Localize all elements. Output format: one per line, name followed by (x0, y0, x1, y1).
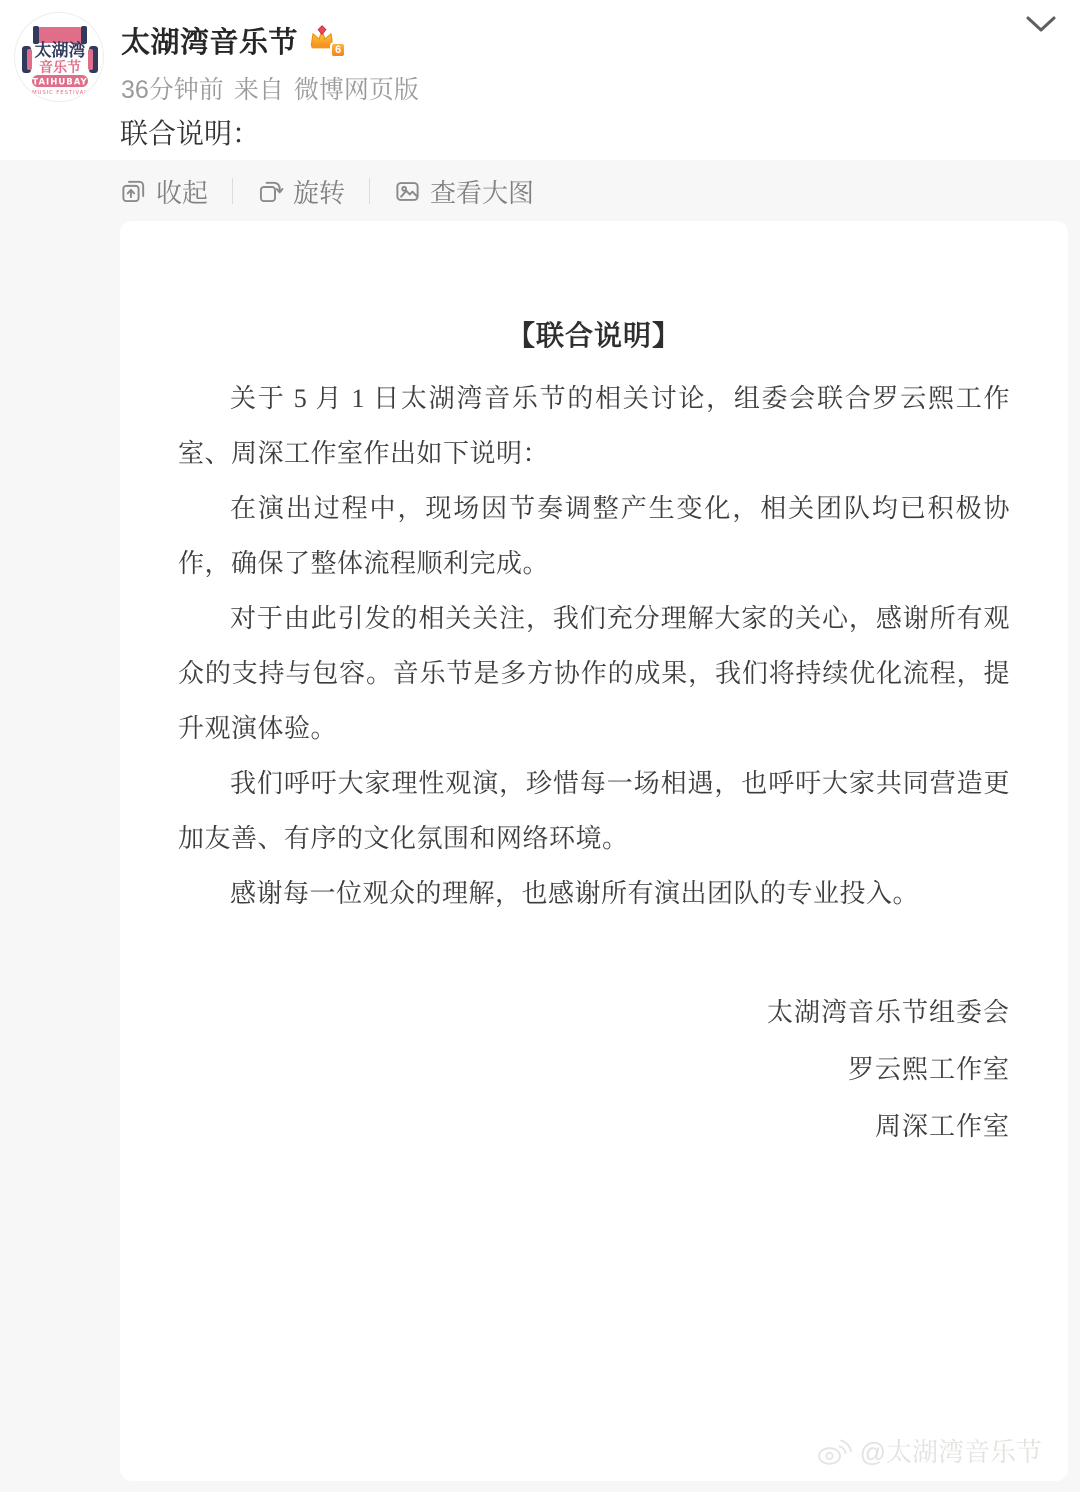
rotate-icon (257, 178, 284, 205)
collapse-image-icon (120, 178, 147, 205)
view-large-image-button[interactable]: 查看大图 (394, 173, 534, 210)
statement-image[interactable]: 【联合说明】 关于 5 月 1 日太湖湾音乐节的相关讨论，组委会联合罗云熙工作室… (120, 221, 1068, 1481)
view-large-image-icon (394, 178, 421, 205)
avatar-text-line2: 音乐节 (39, 59, 81, 76)
statement-signatures: 太湖湾音乐节组委会 罗云熙工作室 周深工作室 (178, 984, 1010, 1155)
signature-line: 罗云熙工作室 (178, 1041, 1010, 1098)
avatar-text-line1: 太湖湾 (35, 40, 86, 61)
collapse-image-label: 收起 (156, 173, 208, 210)
statement-paragraph: 对于由此引发的相关关注，我们充分理解大家的关心，感谢所有观众的支持与包容。音乐节… (178, 591, 1010, 756)
statement-paragraph: 在演出过程中，现场因节奏调整产生变化，相关团队均已积极协作，确保了整体流程顺利完… (178, 481, 1010, 591)
statement-paragraph: 我们呼吁大家理性观演，珍惜每一场相遇，也呼吁大家共同营造更加友善、有序的文化氛围… (178, 756, 1010, 866)
post-source[interactable]: 微博网页版 (294, 70, 419, 106)
source-label: 来自 (234, 70, 284, 106)
vip-crown-badge[interactable]: 6 (308, 24, 344, 57)
post-text: 联合说明： (120, 112, 260, 152)
post-time: 36分钟前 (121, 70, 224, 106)
statement-paragraph: 感谢每一位观众的理解，也感谢所有演出团队的专业投入。 (178, 866, 1010, 921)
statement-body: 关于 5 月 1 日太湖湾音乐节的相关讨论，组委会联合罗云熙工作室、周深工作室作… (178, 371, 1010, 921)
avatar-subtitle-text: MUSIC FESTIVAL (32, 90, 88, 96)
weibo-logo-icon (816, 1436, 852, 1466)
signature-line: 周深工作室 (178, 1098, 1010, 1155)
toolbar-divider (232, 178, 233, 204)
signature-line: 太湖湾音乐节组委会 (178, 984, 1010, 1041)
toolbar-divider (369, 178, 370, 204)
post-meta: 36分钟前 来自 微博网页版 (121, 70, 419, 106)
post-header: 太湖湾 音乐节 TAIHUBAY MUSIC FESTIVAL 太湖湾音乐节 6 (0, 0, 1080, 160)
watermark-text: @太湖湾音乐节 (860, 1432, 1042, 1469)
weibo-watermark: @太湖湾音乐节 (816, 1432, 1042, 1469)
statement-title: 【联合说明】 (178, 317, 1010, 357)
statement-paragraph: 关于 5 月 1 日太湖湾音乐节的相关讨论，组委会联合罗云熙工作室、周深工作室作… (178, 371, 1010, 481)
collapse-image-button[interactable]: 收起 (120, 173, 208, 210)
festival-logo: 太湖湾 音乐节 TAIHUBAY MUSIC FESTIVAL (15, 13, 104, 102)
avatar-banner-text: TAIHUBAY (32, 78, 87, 88)
author-name[interactable]: 太湖湾音乐节 (121, 20, 298, 61)
image-panel: 收起 旋转 查看大图 (0, 160, 1080, 1492)
avatar[interactable]: 太湖湾 音乐节 TAIHUBAY MUSIC FESTIVAL (14, 12, 104, 102)
view-large-image-label: 查看大图 (430, 173, 534, 210)
rotate-image-button[interactable]: 旋转 (257, 173, 345, 210)
image-toolbar: 收起 旋转 查看大图 (120, 176, 1080, 206)
rotate-label: 旋转 (293, 173, 345, 210)
vip-level-label: 6 (330, 42, 346, 58)
chevron-down-icon[interactable] (1024, 14, 1058, 34)
